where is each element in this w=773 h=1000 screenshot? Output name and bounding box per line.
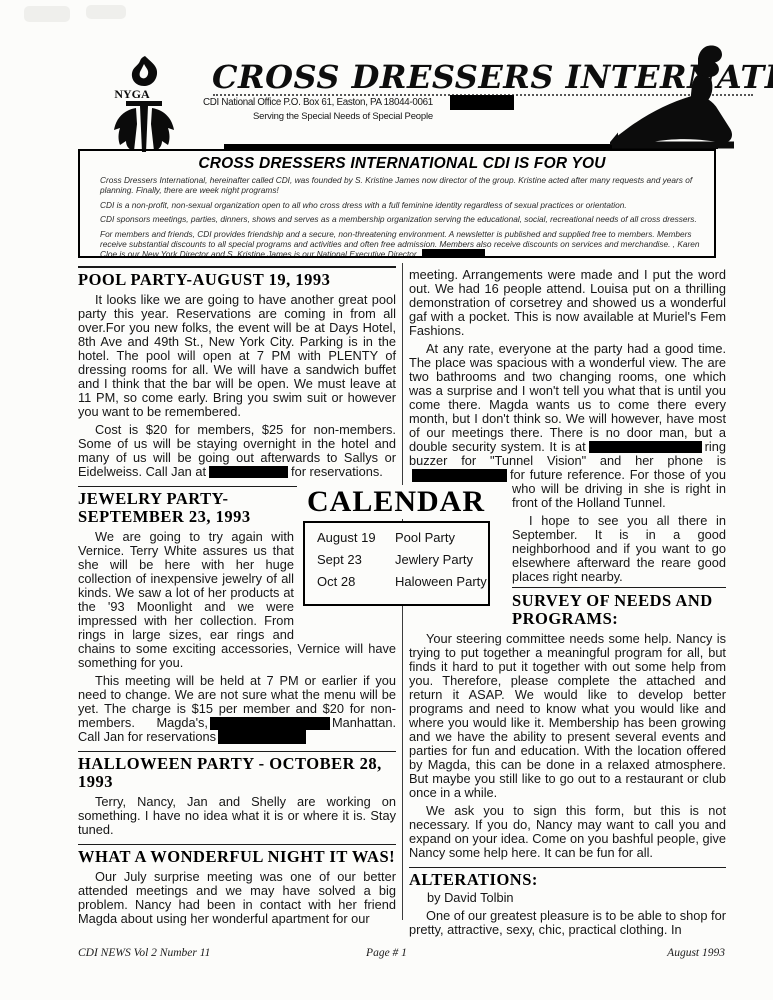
article-paragraph: meeting. Arrangements were made and I pu… xyxy=(409,268,726,338)
scan-artifact xyxy=(86,5,126,19)
paragraph-text: for reservations. xyxy=(291,464,383,479)
newsletter-page: NYGA CROSS DRESSERS INTERNATIONAL CDI Na… xyxy=(0,0,773,1000)
article-pool-party: POOL PARTY-AUGUST 19, 1993 It looks like… xyxy=(78,271,396,487)
redaction-bar xyxy=(210,717,330,730)
calendar-event-name: Haloween Party xyxy=(395,574,487,589)
footer-page-number: Page # 1 xyxy=(366,947,407,959)
article-heading: WHAT A WONDERFUL NIGHT IT WAS! xyxy=(78,848,396,866)
calendar-event-name: Pool Party xyxy=(395,530,455,545)
article-halloween-party: HALLOWEEN PARTY - OCTOBER 28, 1993 Terry… xyxy=(78,755,396,845)
calendar-title: CALENDAR xyxy=(297,485,495,519)
article-paragraph: Cost is $20 for members, $25 for non-mem… xyxy=(78,423,396,479)
footer-issue: CDI NEWS Vol 2 Number 11 xyxy=(78,947,210,959)
intro-paragraph: CDI sponsors meetings, parties, dinners,… xyxy=(100,214,704,224)
article-wonderful-night: WHAT A WONDERFUL NIGHT IT WAS! Our July … xyxy=(78,848,396,926)
article-paragraph: This meeting will be held at 7 PM or ear… xyxy=(78,674,396,744)
masthead-tagline: Serving the Special Needs of Special Peo… xyxy=(253,111,433,122)
calendar-event-date: Sept 23 xyxy=(317,552,395,567)
intro-box: CROSS DRESSERS INTERNATIONAL CDI IS FOR … xyxy=(78,149,716,258)
article-heading: HALLOWEEN PARTY - OCTOBER 28, 1993 xyxy=(78,755,396,791)
article-alterations: ALTERATIONS: by David Tolbin One of our … xyxy=(409,871,726,937)
calendar-event: Oct 28Haloween Party xyxy=(317,574,488,589)
dancer-illustration xyxy=(610,44,740,150)
redaction-bar xyxy=(412,469,507,482)
masthead-address: CDI National Office P.O. Box 61, Easton,… xyxy=(203,97,433,108)
intro-paragraph-text: For members and friends, CDI provides fr… xyxy=(100,229,700,258)
logo-text: NYGA xyxy=(114,87,150,101)
intro-paragraph: For members and friends, CDI provides fr… xyxy=(100,229,704,258)
calendar-event-date: August 19 xyxy=(317,530,395,545)
article-byline: by David Tolbin xyxy=(427,891,726,905)
redaction-bar xyxy=(450,95,514,110)
calendar-event: Sept 23Jewlery Party xyxy=(317,552,488,567)
footer-date: August 1993 xyxy=(667,947,725,959)
redaction-bar xyxy=(218,730,306,744)
intro-paragraph: CDI is a non-profit, non-sexual organiza… xyxy=(100,200,704,210)
nyga-torch-logo: NYGA xyxy=(96,54,191,156)
redaction-bar xyxy=(422,249,485,258)
intro-box-title: CROSS DRESSERS INTERNATIONAL CDI IS FOR … xyxy=(100,155,704,173)
article-heading: POOL PARTY-AUGUST 19, 1993 xyxy=(78,271,396,289)
article-paragraph: It looks like we are going to have anoth… xyxy=(78,293,396,419)
calendar-box: August 19Pool Party Sept 23Jewlery Party… xyxy=(303,521,490,606)
scan-artifact xyxy=(24,6,70,22)
article-paragraph: Your steering committee needs some help.… xyxy=(409,632,726,800)
calendar-event: August 19Pool Party xyxy=(317,530,488,545)
article-survey: SURVEY OF NEEDS AND PROGRAMS: Your steer… xyxy=(409,592,726,868)
redaction-bar xyxy=(589,441,702,454)
article-paragraph: Terry, Nancy, Jan and Shelly are working… xyxy=(78,795,396,837)
redaction-bar xyxy=(209,466,288,479)
paragraph-text: At any rate, everyone at the party had a… xyxy=(409,341,726,454)
intro-paragraph: Cross Dressers International, hereinafte… xyxy=(100,175,704,196)
article-paragraph: Our July surprise meeting was one of our… xyxy=(78,870,396,926)
article-paragraph: I hope to see you all there in September… xyxy=(512,514,726,588)
article-paragraph: We ask you to sign this form, but this i… xyxy=(409,804,726,860)
article-paragraph: One of our greatest pleasure is to be ab… xyxy=(409,909,726,937)
calendar-event-date: Oct 28 xyxy=(317,574,395,589)
article-heading: ALTERATIONS: xyxy=(409,871,726,889)
calendar-event-name: Jewlery Party xyxy=(395,552,473,567)
